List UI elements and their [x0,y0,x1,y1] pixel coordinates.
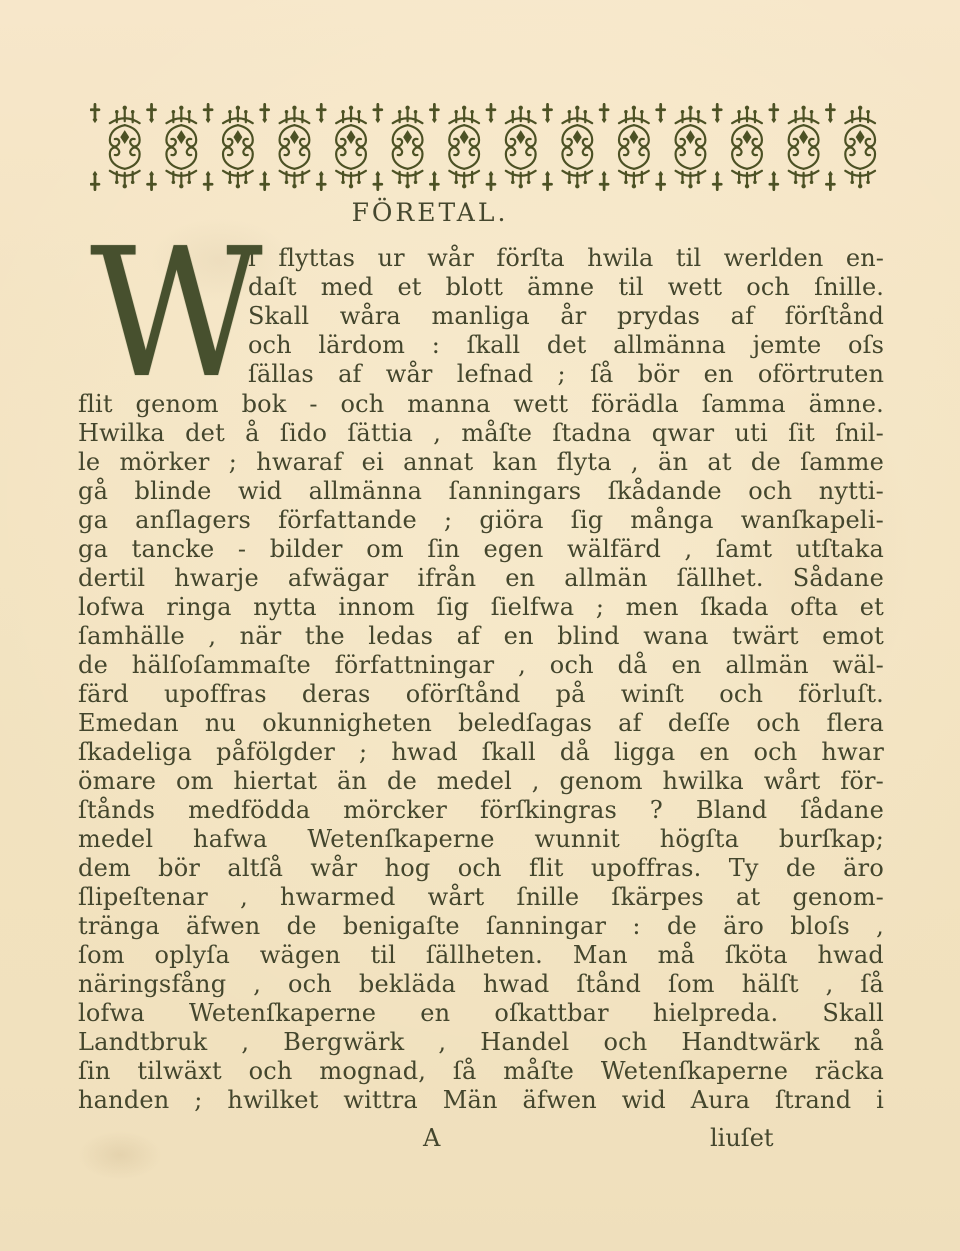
text-line: le mörker ; hwaraf ei annat kan flyta , … [78,448,884,477]
book-page: FÖRETAL. W i flyttas ur wår förſta hwila… [0,0,960,1251]
body-text: flit genom bok - och manna wett förädla … [78,390,884,1115]
text-line: ſamhälle , när the ledas af en blind wan… [78,622,884,651]
text-line: Emedan nu okunnigheten beledſagas af deſ… [78,709,884,738]
text-line: dertil hwarje afwägar ifrån en allmän ſä… [78,564,884,593]
text-line: ſtånds medfödda mörcker förſkingras ? Bl… [78,796,884,825]
signature-mark: A [423,1124,440,1152]
fleuron-headpiece-ornament [90,103,882,191]
text-line: färd upoffras deras oförſtånd på winſt o… [78,680,884,709]
text-line: handen ; hwilket wittra Män äfwen wid Au… [78,1086,884,1115]
text-line: ga anſlagers författande ; giöra ſig mån… [78,506,884,535]
text-line: dem bör altſå wår hog och flit upoffras.… [78,854,884,883]
text-line: Landtbruk , Bergwärk , Handel och Handtw… [78,1028,884,1057]
text-line: näringsfång , och bekläda hwad ſtånd ſom… [78,970,884,999]
catchword: liuſet [710,1124,774,1152]
text-line: ga tancke - bilder om ſin egen wälfärd ,… [78,535,884,564]
text-line: lofwa Wetenſkaperne en oſkattbar hielpre… [78,999,884,1028]
drop-cap: W [90,234,263,393]
text-line: ſom oplyſa wägen til ſällheten. Man må ſ… [78,941,884,970]
text-line: ſlipeſtenar , hwarmed wårt ſnille ſkärpe… [78,883,884,912]
text-line: lofwa ringa nytta innom ſig ſielfwa ; me… [78,593,884,622]
text-line: ömare om hiertat än de medel , genom hwi… [78,767,884,796]
text-line: flit genom bok - och manna wett förädla … [78,390,884,419]
opening-paragraph: W i flyttas ur wår förſta hwila til werl… [78,240,884,389]
text-line: ſin tilwäxt och mognad, ſå måſte Wetenſk… [78,1057,884,1086]
text-line: ſällas af wår lefnad ; ſå bör en oförtru… [248,360,884,389]
text-line: ſkadeliga påfölgder ; hwad ſkall då ligg… [78,738,884,767]
text-line: Hwilka det å ſido ſättia , måſte ſtadna … [78,419,884,448]
text-line: medel hafwa Wetenſkaperne wunnit högſta … [78,825,884,854]
text-line: Skall wåra manliga år prydas af förſtånd [248,302,884,331]
signature-line: A liuſet [78,1124,884,1156]
text-line: tränga äfwen de benigaſte ſanningar : de… [78,912,884,941]
text-line: i flyttas ur wår förſta hwila til werlde… [248,244,884,273]
opening-lines: i flyttas ur wår förſta hwila til werlde… [248,240,884,389]
text-line: gå blinde wid allmänna ſanningars ſkådan… [78,477,884,506]
text-line: de hälſoſammaſte författningar , och då … [78,651,884,680]
text-line: daſt med et blott ämne til wett och ſnil… [248,273,884,302]
text-line: och lärdom : ſkall det allmänna jemte oſ… [248,331,884,360]
